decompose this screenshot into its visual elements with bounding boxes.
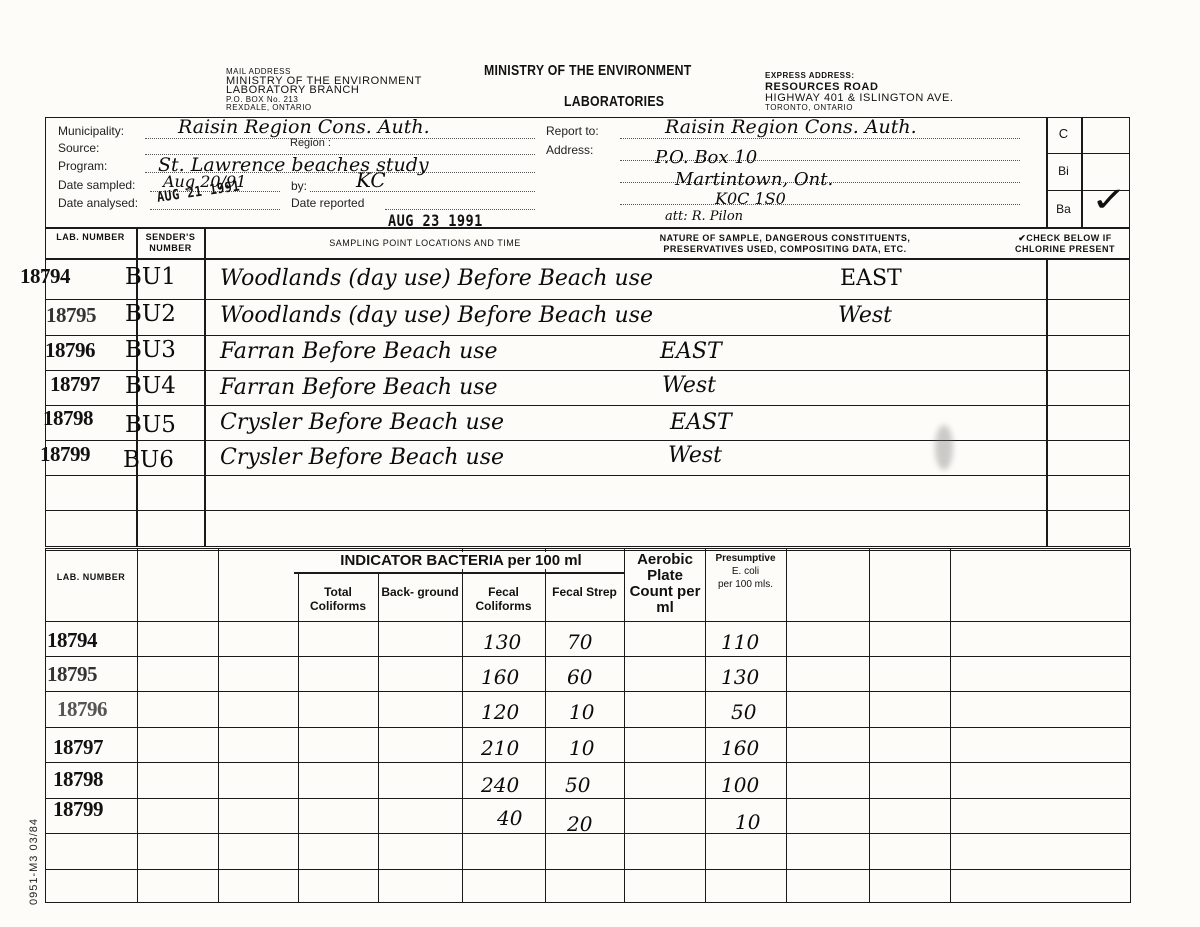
sender-number-cell: BU5 [125,412,176,438]
lab-number-cell: 18799 [40,442,90,467]
lab-number-cell: 18794 [20,264,70,289]
checkbox-ba-label: Ba [1046,202,1081,216]
fecal-coliforms-cell: 40 [497,806,522,830]
results-lab-number-header: LAB. NUMBER [45,572,137,583]
mail-address-line-4: REXDALE, ONTARIO [226,103,312,112]
mail-address-line-2: LABORATORY BRANCH [226,85,359,95]
nature-cell: EAST [840,266,902,291]
location-cell: Crysler Before Beach use [220,410,504,435]
presumptive-ecoli-header: Presumptive E. coli per 100 mls. [705,552,786,591]
fecal-coliforms-cell: 120 [481,700,519,724]
fecal-strep-cell: 50 [565,773,590,797]
smudge-mark [935,425,953,470]
sample-row: 18798 BU5 Crysler Before Beach use EAST [20,406,1130,440]
by-label: by: [291,179,307,193]
results-lab-number-cell: 18795 [47,662,97,687]
date-analysed-label: Date analysed: [58,196,138,210]
address-line-4[interactable]: att: R. Pilon [665,209,743,224]
sample-row: 18796 BU3 Farran Before Beach use EAST [20,337,1130,370]
indicator-bacteria-header: INDICATOR BACTERIA per 100 ml [298,552,624,569]
express-address-label: EXPRESS ADDRESS: [765,71,855,80]
address-line-1[interactable]: P.O. Box 10 [655,147,757,168]
nature-header-line-1: NATURE OF SAMPLE, DANGEROUS CONSTITUENTS… [620,233,950,244]
address-line-2[interactable]: Martintown, Ont. [675,169,833,190]
aerobic-plate-count-header: Aerobic Plate Count per ml [625,552,705,616]
results-lab-number-cell: 18794 [47,628,97,653]
lab-number-cell: 18796 [45,338,95,363]
results-row: 18795 160 60 130 [45,657,1131,691]
location-cell: Farran Before Beach use [220,375,498,400]
fecal-strep-cell: 70 [567,630,592,654]
results-lab-number-cell: 18796 [57,697,107,722]
ecoli-cell: 160 [721,736,759,760]
checkbox-c-label: C [1046,126,1081,141]
nature-cell: EAST [660,339,722,364]
sampled-by-field[interactable]: KC [356,168,386,192]
program-label: Program: [58,159,107,173]
sender-number-cell: BU2 [125,301,176,327]
date-reported-label: Date reported [291,196,364,210]
sender-number-cell: BU1 [125,264,176,290]
nature-cell: EAST [670,410,732,435]
checkbox-ba[interactable]: ✓ [1091,183,1128,217]
results-row: 18794 130 70 110 [45,622,1131,656]
results-row: 18799 40 20 10 [45,796,1131,833]
fecal-coliforms-header: Fecal Coliforms [462,585,545,613]
location-cell: Woodlands (day use) Before Beach use [220,266,653,291]
sample-row: 18795 BU2 Woodlands (day use) Before Bea… [20,301,1130,335]
sender-number-cell: BU4 [125,373,176,399]
nature-header-line-2: PRESERVATIVES USED, COMPOSITING DATA, ET… [620,244,950,255]
address-label: Address: [546,143,593,157]
fecal-strep-cell: 60 [567,665,592,689]
fecal-strep-header: Fecal Strep [545,585,624,599]
total-coliforms-header: Total Coliforms [298,585,378,613]
nature-cell: West [668,443,722,468]
form-subtitle: LABORATORIES [564,93,664,110]
chlorine-header-line-1: ✔CHECK BELOW IF [990,233,1140,244]
fecal-coliforms-cell: 160 [481,665,519,689]
results-lab-number-cell: 18798 [53,767,103,792]
express-address-line-2: HIGHWAY 401 & ISLINGTON AVE. [765,93,954,103]
lab-number-cell: 18798 [43,406,93,431]
fecal-coliforms-cell: 240 [481,773,519,797]
sender-number-cell: BU3 [125,337,176,363]
sender-number-cell: BU6 [123,447,174,473]
background-header: Back- ground [378,585,462,599]
lab-number-cell: 18795 [46,303,96,328]
results-lab-number-cell: 18797 [53,735,103,760]
address-line-3[interactable]: K0C 1S0 [715,189,786,208]
sample-row: 18799 BU6 Crysler Before Beach use West [20,441,1130,475]
ecoli-cell: 130 [721,665,759,689]
form-number: 0951-M3 03/84 [28,818,40,905]
nature-cell: West [838,303,892,328]
location-cell: Crysler Before Beach use [220,445,504,470]
nature-cell: West [662,373,716,398]
report-to-label: Report to: [546,124,599,138]
ecoli-cell: 110 [721,630,759,654]
region-label: Region : [290,137,331,149]
sample-row: 18794 BU1 Woodlands (day use) Before Bea… [20,264,1130,299]
report-to-field[interactable]: Raisin Region Cons. Auth. [665,116,917,138]
source-label: Source: [58,141,99,155]
fecal-strep-cell: 20 [567,812,592,836]
ecoli-cell: 10 [735,810,760,834]
fecal-strep-cell: 10 [569,700,594,724]
lab-number-cell: 18797 [50,372,100,397]
chlorine-header-line-2: CHLORINE PRESENT [990,244,1140,255]
checkbox-c[interactable] [1083,118,1129,152]
fecal-coliforms-cell: 130 [483,630,521,654]
sampling-point-header: SAMPLING POINT LOCATIONS AND TIME [205,238,645,249]
express-address-line-3: TORONTO, ONTARIO [765,103,853,112]
ecoli-cell: 50 [731,700,756,724]
fecal-coliforms-cell: 210 [481,736,519,760]
results-lab-number-cell: 18799 [53,797,103,822]
form-title: MINISTRY OF THE ENVIRONMENT [484,62,692,79]
municipality-field[interactable]: Raisin Region Cons. Auth. [178,116,430,138]
fecal-strep-cell: 10 [569,736,594,760]
location-cell: Farran Before Beach use [220,339,498,364]
date-sampled-label: Date sampled: [58,178,135,192]
sample-row: 18797 BU4 Farran Before Beach use West [20,372,1130,405]
results-row: 18797 210 10 160 [45,728,1131,762]
municipality-label: Municipality: [58,124,124,138]
lab-number-header: LAB. NUMBER [45,232,136,243]
checkbox-bi-label: Bi [1046,164,1081,178]
senders-number-header: SENDER'S NUMBER [137,232,204,254]
results-row: 18798 240 50 100 [45,763,1131,798]
ecoli-cell: 100 [721,773,759,797]
location-cell: Woodlands (day use) Before Beach use [220,303,653,328]
results-row: 18796 120 10 50 [45,692,1131,727]
